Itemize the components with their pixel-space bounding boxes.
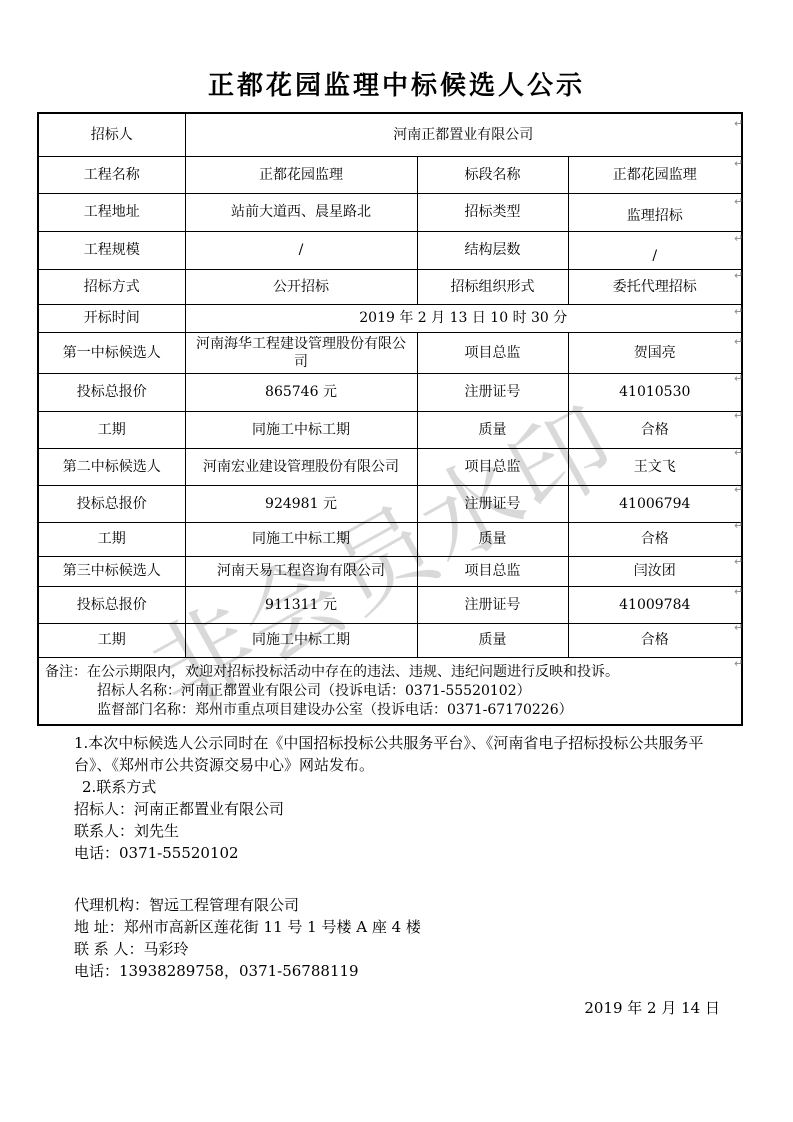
paragraph-return-icon: ↵ (734, 270, 743, 281)
notes-agency-address: 地 址：郑州市高新区莲花街 11 号 1 号楼 A 座 4 楼 (74, 916, 734, 938)
value-cell: 闫汝团 (568, 556, 742, 586)
publish-date: 2019 年 2 月 14 日 (0, 997, 793, 1018)
remark-cell: 备注：在公示期限内，欢迎对招标投标活动中存在的违法、违规、违纪问题进行反映和投诉… (38, 657, 742, 725)
table-row: 工期 同施工中标工期 质量 合格 (38, 411, 742, 448)
paragraph-return-icon: ↵ (734, 658, 743, 669)
value-cell: 865746 元 (185, 373, 417, 411)
paragraph-return-icon: ↵ (734, 196, 743, 207)
label-cell: 项目总监 (417, 332, 568, 373)
notes-agency-phone: 电话：13938289758，0371-56788119 (74, 960, 734, 982)
label-cell: 项目总监 (417, 448, 568, 485)
label-cell: 招标组织形式 (417, 269, 568, 304)
value-cell: 河南宏业建设管理股份有限公司 (185, 448, 417, 485)
paragraph-return-icon: ↵ (734, 520, 743, 531)
table-row: 招标方式 公开招标 招标组织形式 委托代理招标 (38, 269, 742, 304)
page-title: 正都花园监理中标候选人公示 (0, 0, 793, 102)
value-cell: 合格 (568, 522, 742, 556)
paragraph-return-icon: ↵ (734, 118, 743, 129)
table-row: 工程名称 正都花园监理 标段名称 正都花园监理 (38, 156, 742, 193)
value-cell: 站前大道西、晨星路北 (185, 193, 417, 231)
label-cell: 结构层数 (417, 231, 568, 269)
label-cell: 质量 (417, 623, 568, 657)
value-cell: 正都花园监理 (568, 156, 742, 193)
label-cell: 工期 (38, 623, 185, 657)
value-cell: 贺国亮 (568, 332, 742, 373)
label-cell: 注册证号 (417, 373, 568, 411)
value-cell: 河南天易工程咨询有限公司 (185, 556, 417, 586)
value-cell: / (568, 231, 742, 269)
notes-agency-contact: 联 系 人：马彩玲 (74, 938, 734, 960)
value-cell: 2019 年 2 月 13 日 10 时 30 分 (185, 304, 742, 332)
value-cell: 公开招标 (185, 269, 417, 304)
label-cell: 质量 (417, 411, 568, 448)
paragraph-return-icon: ↵ (734, 373, 743, 384)
value-cell: 同施工中标工期 (185, 522, 417, 556)
notes-contact-person: 联系人：刘先生 (74, 820, 734, 842)
notes-bidder: 招标人：河南正都置业有限公司 (74, 798, 734, 820)
label-cell: 招标人 (38, 113, 185, 156)
label-cell: 招标类型 (417, 193, 568, 231)
value-cell: 41006794 (568, 485, 742, 522)
value-cell: 正都花园监理 (185, 156, 417, 193)
remark-row: 备注：在公示期限内，欢迎对招标投标活动中存在的违法、违规、违纪问题进行反映和投诉… (38, 657, 742, 725)
value-cell: 911311 元 (185, 586, 417, 623)
label-cell: 注册证号 (417, 485, 568, 522)
label-cell: 工期 (38, 411, 185, 448)
table-row: 工期 同施工中标工期 质量 合格 (38, 623, 742, 657)
paragraph-return-icon: ↵ (734, 306, 743, 317)
paragraph-return-icon: ↵ (734, 622, 743, 633)
notes-phone: 电话：0371-55520102 (74, 842, 734, 864)
paragraph-return-icon: ↵ (734, 336, 743, 347)
label-cell: 开标时间 (38, 304, 185, 332)
label-cell: 工程名称 (38, 156, 185, 193)
document-page: 非会员水印 正都花园监理中标候选人公示 招标人 河南正都置业有限公司 工程名称 … (0, 0, 793, 1122)
value-cell: 委托代理招标 (568, 269, 742, 304)
value-cell: 合格 (568, 411, 742, 448)
value-cell: 合格 (568, 623, 742, 657)
value-cell: 同施工中标工期 (185, 411, 417, 448)
remark-line: 备注：在公示期限内，欢迎对招标投标活动中存在的违法、违规、违纪问题进行反映和投诉… (45, 663, 735, 682)
value-cell: 41009784 (568, 586, 742, 623)
label-cell: 投标总报价 (38, 586, 185, 623)
value-cell: 监理招标 (568, 193, 742, 231)
table-row: 投标总报价 924981 元 注册证号 41006794 (38, 485, 742, 522)
label-cell: 投标总报价 (38, 485, 185, 522)
value-cell: 41010530 (568, 373, 742, 411)
notes-section: 1.本次中标候选人公示同时在《中国招标投标公共服务平台》、《河南省电子招标投标公… (74, 732, 734, 982)
label-cell: 投标总报价 (38, 373, 185, 411)
remark-line: 监督部门名称：郑州市重点项目建设办公室（投诉电话：0371-67170226） (45, 701, 735, 720)
label-cell: 工程地址 (38, 193, 185, 231)
notes-contact-heading: 2.联系方式 (74, 776, 734, 798)
paragraph-return-icon: ↵ (734, 233, 743, 244)
label-cell: 项目总监 (417, 556, 568, 586)
notes-publish-line: 1.本次中标候选人公示同时在《中国招标投标公共服务平台》、《河南省电子招标投标公… (74, 732, 734, 776)
table-row: 工程规模 / 结构层数 / (38, 231, 742, 269)
value-cell: 河南正都置业有限公司 (185, 113, 742, 156)
label-cell: 第一中标候选人 (38, 332, 185, 373)
notes-agency: 代理机构：智远工程管理有限公司 (74, 894, 734, 916)
paragraph-return-icon: ↵ (734, 158, 743, 169)
label-cell: 质量 (417, 522, 568, 556)
table-row: 投标总报价 911311 元 注册证号 41009784 (38, 586, 742, 623)
label-cell: 工期 (38, 522, 185, 556)
table-row: 工期 同施工中标工期 质量 合格 (38, 522, 742, 556)
remark-line: 招标人名称：河南正都置业有限公司（投诉电话：0371-55520102） (45, 682, 735, 701)
table-row: 工程地址 站前大道西、晨星路北 招标类型 监理招标 (38, 193, 742, 231)
label-cell: 招标方式 (38, 269, 185, 304)
label-cell: 第二中标候选人 (38, 448, 185, 485)
value-cell: 同施工中标工期 (185, 623, 417, 657)
table-row: 投标总报价 865746 元 注册证号 41010530 (38, 373, 742, 411)
value-cell: 王文飞 (568, 448, 742, 485)
label-cell: 工程规模 (38, 231, 185, 269)
value-cell: / (185, 231, 417, 269)
table-row: 招标人 河南正都置业有限公司 (38, 113, 742, 156)
paragraph-return-icon: ↵ (734, 447, 743, 458)
table-row: 第三中标候选人 河南天易工程咨询有限公司 项目总监 闫汝团 (38, 556, 742, 586)
table-row: 第一中标候选人 河南海华工程建设管理股份有限公司 项目总监 贺国亮 (38, 332, 742, 373)
table-row: 开标时间 2019 年 2 月 13 日 10 时 30 分 (38, 304, 742, 332)
paragraph-return-icon: ↵ (734, 556, 743, 567)
value-cell: 924981 元 (185, 485, 417, 522)
label-cell: 标段名称 (417, 156, 568, 193)
label-cell: 注册证号 (417, 586, 568, 623)
value-cell: 河南海华工程建设管理股份有限公司 (185, 332, 417, 373)
paragraph-return-icon: ↵ (734, 484, 743, 495)
paragraph-return-icon: ↵ (734, 586, 743, 597)
announcement-table: 招标人 河南正都置业有限公司 工程名称 正都花园监理 标段名称 正都花园监理 工… (37, 112, 743, 726)
paragraph-return-icon: ↵ (734, 410, 743, 421)
label-cell: 第三中标候选人 (38, 556, 185, 586)
table-row: 第二中标候选人 河南宏业建设管理股份有限公司 项目总监 王文飞 (38, 448, 742, 485)
